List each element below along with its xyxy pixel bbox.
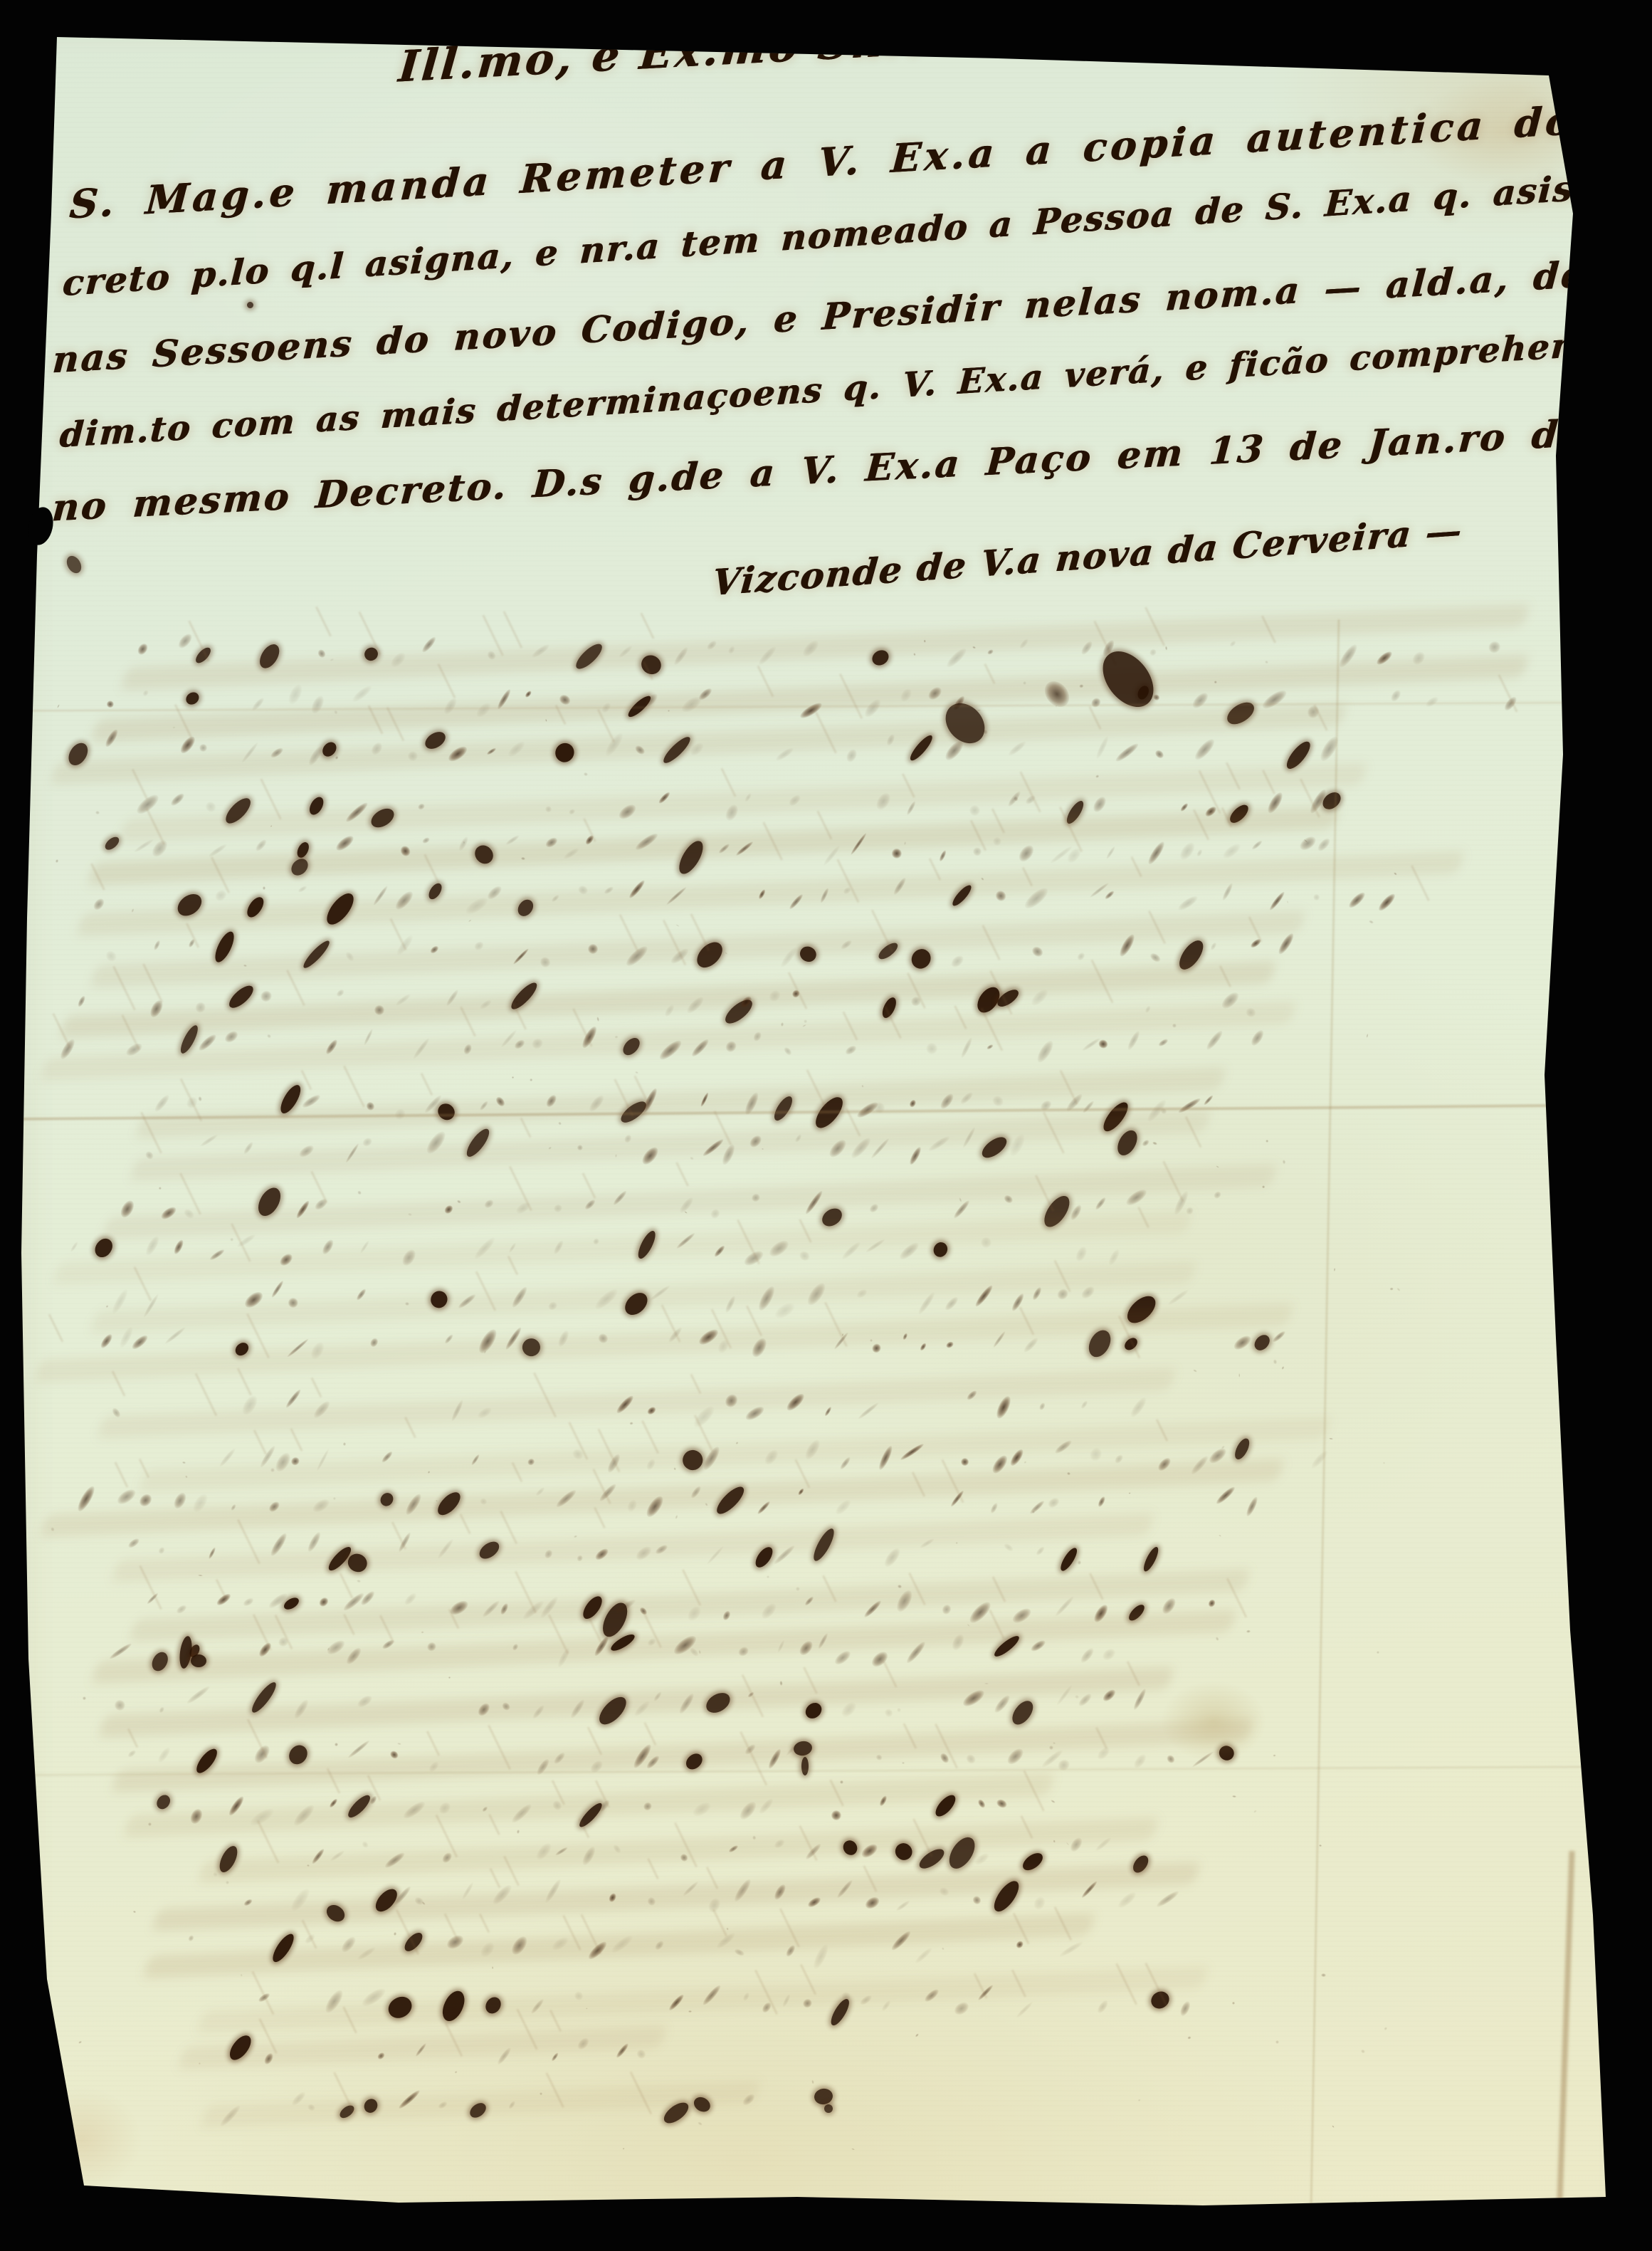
signature-text: Vizconde de V.a nova da Cerveira — (711, 509, 1465, 604)
manuscript-page: Ill.mo, e Ex.mo Snr. S. Mag.e manda Reme… (0, 0, 1652, 2251)
recto-handwriting: Ill.mo, e Ex.mo Snr. S. Mag.e manda Reme… (0, 0, 1652, 2251)
heading-salutation: Ill.mo, e Ex.mo Snr. (396, 14, 927, 92)
photograph-of-manuscript: Ill.mo, e Ex.mo Snr. S. Mag.e manda Reme… (0, 0, 1652, 2251)
